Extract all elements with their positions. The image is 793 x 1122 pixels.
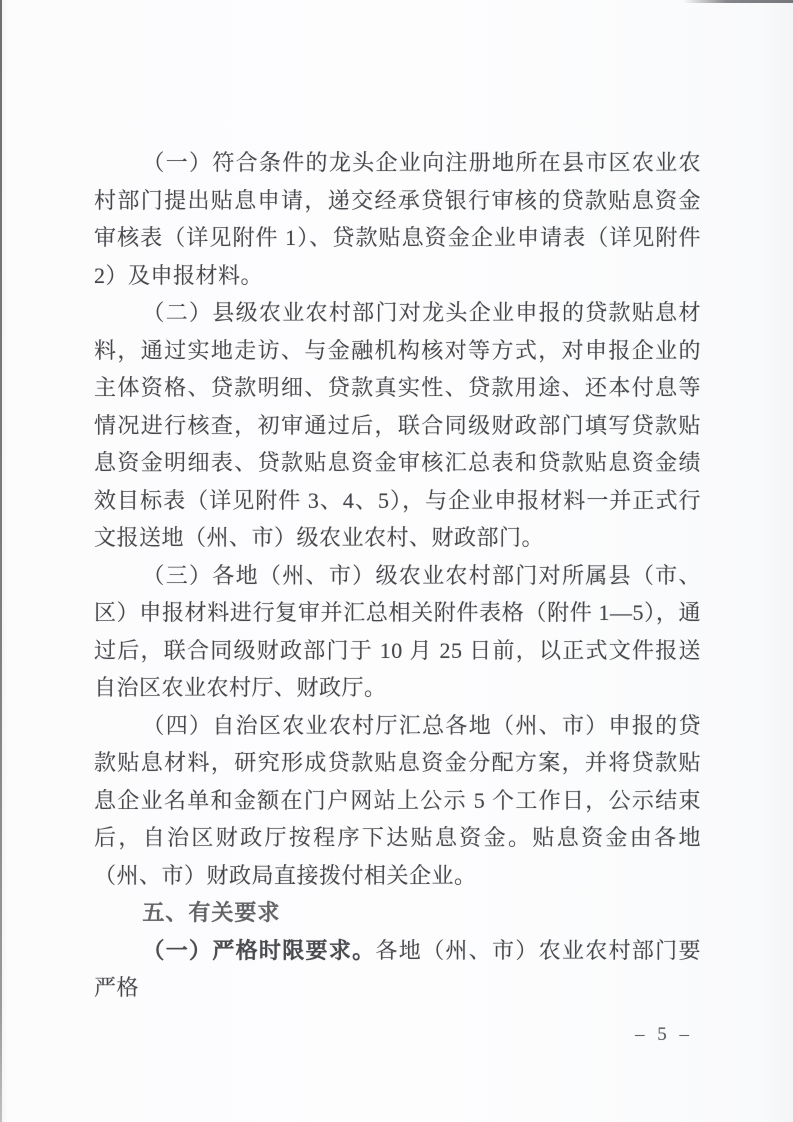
paragraph-county-level-review: （二）县级农业农村部门对龙头企业申报的贷款贴息材料，通过实地走访、与金融机构核对… [94,294,701,557]
scan-edge-top-right [683,0,793,3]
paragraph-time-limit-requirement: （一）严格时限要求。各地（州、市）农业农村部门要严格 [94,932,701,1007]
document-body: （一）符合条件的龙头企业向注册地所在县市区农业农村部门提出贴息申请，递交经承贷银… [94,144,701,1007]
requirement-bold-lead: （一）严格时限要求。 [142,938,375,963]
section-heading-requirements: 五、有关要求 [94,894,701,932]
document-page: （一）符合条件的龙头企业向注册地所在县市区农业农村部门提出贴息申请，递交经承贷银… [0,0,793,1122]
scan-edge-left [0,0,2,1122]
page-number: – 5 – [635,1024,693,1045]
paragraph-prefecture-level-review: （三）各地（州、市）级农业农村部门对所属县（市、区）申报材料进行复审并汇总相关附… [94,557,701,707]
paragraph-enterprise-application: （一）符合条件的龙头企业向注册地所在县市区农业农村部门提出贴息申请，递交经承贷银… [94,144,701,294]
page-footer: – 5 – [635,1024,693,1046]
paragraph-autonomous-region-allocation: （四）自治区农业农村厅汇总各地（州、市）申报的贷款贴息材料，研究形成贷款贴息资金… [94,707,701,895]
